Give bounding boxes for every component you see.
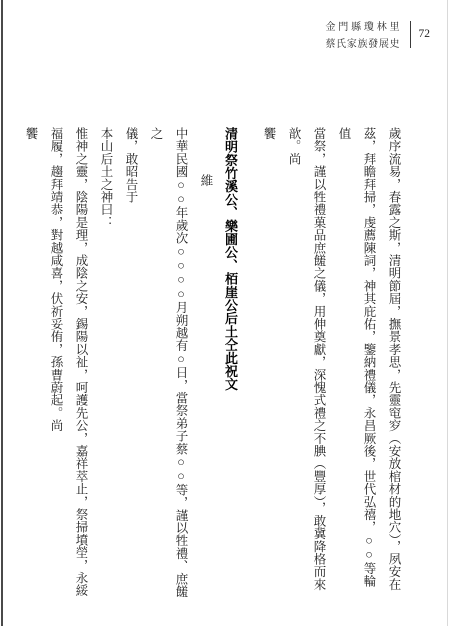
book-page: 金門縣瓊林里 蔡氏家族發展史 72 歲序流易，春露之斯，清明節屆，撫景孝思，先靈… bbox=[0, 0, 463, 626]
text-column: 歲序流易，春露之斯，清明節屆，撫景孝思，先靈窀穸（安放棺材的地穴），夙安在 bbox=[381, 127, 406, 599]
text-column: 饗 bbox=[18, 127, 43, 599]
header-divider bbox=[410, 21, 411, 48]
text-column: 惟神之靈，陰陽是理，成陰之安，錫陽以祉，呵護先公，嘉祥萃止，祭掃墳塋，永綏 bbox=[68, 127, 93, 599]
page-number: 72 bbox=[419, 28, 431, 40]
text-column: 儀，敢昭告于 bbox=[118, 127, 143, 599]
book-title-line1: 金門縣瓊林里 bbox=[326, 18, 400, 33]
section-title-column: 清明祭竹溪公、樂圃公、栢崖公后土仝此祝文 bbox=[218, 127, 243, 599]
text-column: 歆。尚 bbox=[281, 127, 306, 599]
text-column: 維 bbox=[193, 127, 218, 599]
text-column: 茲，拜瞻拜掃，虔薦陳詞，神其庇佑，鑒納禮儀，永昌厥後，世代弘禧，○○等輪值 bbox=[331, 127, 381, 599]
text-column: 本山后土之神曰： bbox=[93, 127, 118, 599]
section-title-column: 霜降祭十一世祖邦玉公文——銅鐘墓，葬於往小徑左手路旁，坐丙向壬兼午子 bbox=[0, 127, 5, 599]
book-title: 金門縣瓊林里 蔡氏家族發展史 bbox=[326, 18, 400, 50]
book-title-line2: 蔡氏家族發展史 bbox=[326, 35, 400, 50]
text-column: 中華民國○○年歲次○○○○月朔越有○日，當祭弟子蔡○○等，謹以牲禮、庶饈之 bbox=[143, 127, 193, 599]
running-head: 金門縣瓊林里 蔡氏家族發展史 72 bbox=[326, 18, 431, 50]
ritual-text-body: 歲序流易，春露之斯，清明節屆，撫景孝思，先靈窀穸（安放棺材的地穴），夙安在茲，拜… bbox=[0, 127, 406, 599]
page-fold-line bbox=[447, 0, 448, 626]
text-column: 福履，趨拜靖恭，對越咸喜，伏祈妥侑，孫曹蔚起。尚 bbox=[43, 127, 68, 599]
text-column: 饗 bbox=[256, 127, 281, 599]
text-column: 當祭，謹以牲禮菓品庶饈之儀，用伸奠獻，深愧式禮之不腆（豐厚），敢冀降格而來 bbox=[306, 127, 331, 599]
